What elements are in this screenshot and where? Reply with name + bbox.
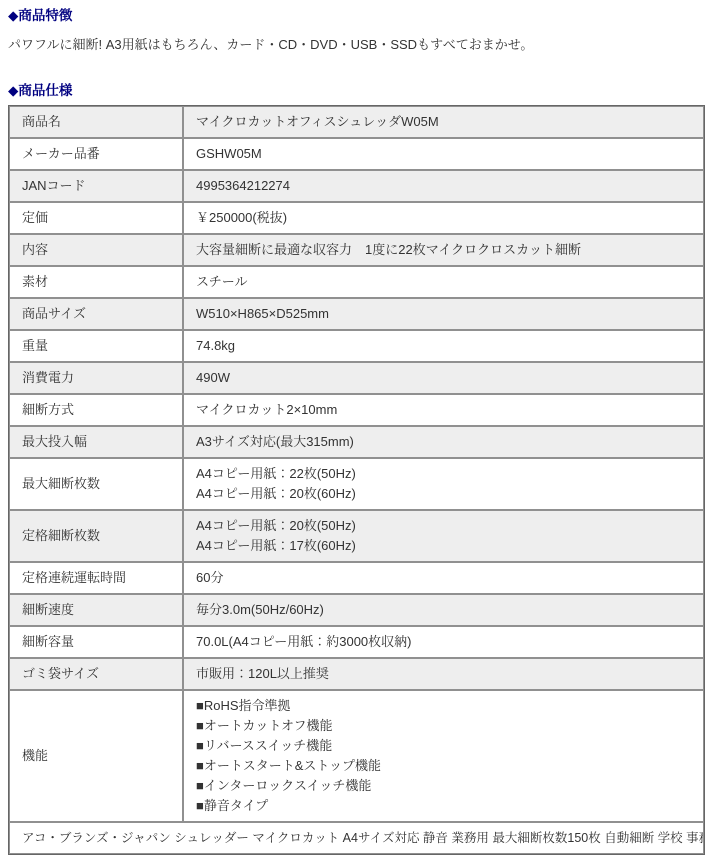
spec-value-line: 4995364212274 [196, 176, 691, 196]
spec-row-value: 70.0L(A4コピー用紙：約3000枚収納) [183, 626, 704, 658]
table-row: 細断速度毎分3.0m(50Hz/60Hz) [9, 594, 704, 626]
table-row: 内容大容量細断に最適な収容力 1度に22枚マイクロクロスカット細断 [9, 234, 704, 266]
footer-row: アコ・ブランズ・ジャパン シュレッダー マイクロカット A4サイズ対応 静音 業… [9, 822, 704, 854]
spec-row-value: GSHW05M [183, 138, 704, 170]
spec-table: 商品名マイクロカットオフィスシュレッダW05Mメーカー品番GSHW05MJANコ… [8, 105, 705, 855]
table-row: 定格連続運転時間60分 [9, 562, 704, 594]
spec-row-value: ￥250000(税抜) [183, 202, 704, 234]
spec-value-line: 490W [196, 368, 691, 388]
spec-row-value: 490W [183, 362, 704, 394]
specs-heading: ◆商品仕様 [8, 83, 705, 99]
spec-value-line: ■静音タイプ [196, 796, 691, 816]
spec-value-line: 市販用：120L以上推奨 [196, 664, 691, 684]
spec-value-line: ■インターロックスイッチ機能 [196, 776, 691, 796]
table-row: 重量74.8kg [9, 330, 704, 362]
spec-row-value: A4コピー用紙：20枚(50Hz)A4コピー用紙：17枚(60Hz) [183, 510, 704, 562]
spec-row-value: 74.8kg [183, 330, 704, 362]
spec-row-label: メーカー品番 [9, 138, 183, 170]
spec-row-value: 大容量細断に最適な収容力 1度に22枚マイクロクロスカット細断 [183, 234, 704, 266]
spec-value-line: ￥250000(税抜) [196, 208, 691, 228]
table-row: 商品サイズW510×H865×D525mm [9, 298, 704, 330]
spec-row-label: 素材 [9, 266, 183, 298]
spec-row-value: A3サイズ対応(最大315mm) [183, 426, 704, 458]
table-row: 最大投入幅A3サイズ対応(最大315mm) [9, 426, 704, 458]
spec-row-label: JANコード [9, 170, 183, 202]
table-row: 機能■RoHS指令準拠■オートカットオフ機能■リバーススイッチ機能■オートスター… [9, 690, 704, 822]
spec-value-line: ■オートスタート&ストップ機能 [196, 756, 691, 776]
spec-row-label: 重量 [9, 330, 183, 362]
table-row: 定価￥250000(税抜) [9, 202, 704, 234]
table-row: 消費電力490W [9, 362, 704, 394]
spec-row-value: 4995364212274 [183, 170, 704, 202]
footer-keywords: アコ・ブランズ・ジャパン シュレッダー マイクロカット A4サイズ対応 静音 業… [9, 822, 704, 854]
table-row: メーカー品番GSHW05M [9, 138, 704, 170]
table-row: 細断容量70.0L(A4コピー用紙：約3000枚収納) [9, 626, 704, 658]
spec-row-label: 細断容量 [9, 626, 183, 658]
table-row: 商品名マイクロカットオフィスシュレッダW05M [9, 106, 704, 138]
spec-row-label: 消費電力 [9, 362, 183, 394]
spec-row-label: ゴミ袋サイズ [9, 658, 183, 690]
spec-row-value: 60分 [183, 562, 704, 594]
spec-value-line: A4コピー用紙：20枚(60Hz) [196, 484, 691, 504]
spec-row-label: 最大細断枚数 [9, 458, 183, 510]
spec-value-line: ■RoHS指令準拠 [196, 696, 691, 716]
product-detail-page: ◆商品特徴 パワフルに細断! A3用紙はもちろん、カード・CD・DVD・USB・… [0, 0, 713, 863]
features-text: パワフルに細断! A3用紙はもちろん、カード・CD・DVD・USB・SSDもすべ… [8, 37, 705, 53]
spec-value-line: A4コピー用紙：17枚(60Hz) [196, 536, 691, 556]
spec-row-label: 細断速度 [9, 594, 183, 626]
table-row: ゴミ袋サイズ市販用：120L以上推奨 [9, 658, 704, 690]
spec-row-label: 商品サイズ [9, 298, 183, 330]
spec-row-value: スチール [183, 266, 704, 298]
spec-row-label: 内容 [9, 234, 183, 266]
spec-value-line: A4コピー用紙：20枚(50Hz) [196, 516, 691, 536]
spec-value-line: A4コピー用紙：22枚(50Hz) [196, 464, 691, 484]
spec-row-label: 最大投入幅 [9, 426, 183, 458]
spec-value-line: W510×H865×D525mm [196, 304, 691, 324]
spec-row-label: 機能 [9, 690, 183, 822]
spec-value-line: GSHW05M [196, 144, 691, 164]
spec-row-label: 商品名 [9, 106, 183, 138]
table-row: 定格細断枚数A4コピー用紙：20枚(50Hz)A4コピー用紙：17枚(60Hz) [9, 510, 704, 562]
spec-value-line: 70.0L(A4コピー用紙：約3000枚収納) [196, 632, 691, 652]
spec-value-line: 大容量細断に最適な収容力 1度に22枚マイクロクロスカット細断 [196, 240, 691, 260]
spec-row-label: 定格連続運転時間 [9, 562, 183, 594]
table-row: 素材スチール [9, 266, 704, 298]
spec-row-value: A4コピー用紙：22枚(50Hz)A4コピー用紙：20枚(60Hz) [183, 458, 704, 510]
spec-value-line: 74.8kg [196, 336, 691, 356]
spec-row-label: 定価 [9, 202, 183, 234]
table-row: 細断方式マイクロカット2×10mm [9, 394, 704, 426]
spec-row-value: W510×H865×D525mm [183, 298, 704, 330]
spec-row-value: マイクロカット2×10mm [183, 394, 704, 426]
spec-value-line: ■オートカットオフ機能 [196, 716, 691, 736]
spec-row-label: 定格細断枚数 [9, 510, 183, 562]
spec-value-line: 60分 [196, 568, 691, 588]
spec-row-value: 毎分3.0m(50Hz/60Hz) [183, 594, 704, 626]
spec-value-line: マイクロカット2×10mm [196, 400, 691, 420]
spec-value-line: 毎分3.0m(50Hz/60Hz) [196, 600, 691, 620]
spec-value-line: ■リバーススイッチ機能 [196, 736, 691, 756]
spec-value-line: マイクロカットオフィスシュレッダW05M [196, 112, 691, 132]
spec-row-value: ■RoHS指令準拠■オートカットオフ機能■リバーススイッチ機能■オートスタート&… [183, 690, 704, 822]
table-row: 最大細断枚数A4コピー用紙：22枚(50Hz)A4コピー用紙：20枚(60Hz) [9, 458, 704, 510]
table-row: JANコード4995364212274 [9, 170, 704, 202]
features-heading: ◆商品特徴 [8, 8, 705, 24]
spec-row-label: 細断方式 [9, 394, 183, 426]
spec-row-value: 市販用：120L以上推奨 [183, 658, 704, 690]
spec-value-line: A3サイズ対応(最大315mm) [196, 432, 691, 452]
spec-value-line: スチール [196, 272, 691, 292]
spec-row-value: マイクロカットオフィスシュレッダW05M [183, 106, 704, 138]
